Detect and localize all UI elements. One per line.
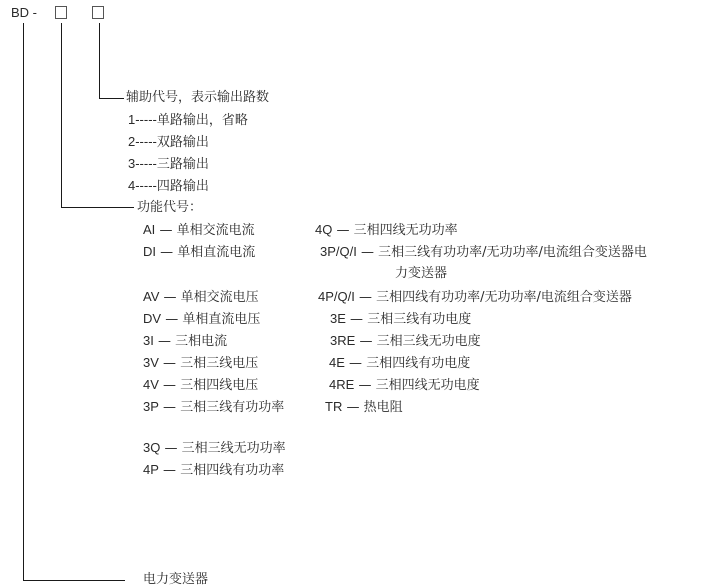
separator: — (165, 312, 178, 327)
desc: 三相四线无功电度 (376, 378, 480, 393)
aux-desc: 双路输出 (157, 135, 209, 150)
function-code-item: AI — 单相交流电流 (143, 222, 255, 239)
code: 3Q (143, 440, 160, 455)
desc: 三相三线无功功率 (182, 441, 286, 456)
function-code-item: AV — 单相交流电压 (143, 289, 259, 306)
separator: — (358, 378, 371, 393)
desc: 单相交流电流 (177, 223, 255, 238)
aux-code: 3----- (128, 156, 157, 171)
function-code-item: 3RE — 三相三线无功电度 (330, 333, 481, 350)
function-code-item: 3V — 三相三线电压 (143, 355, 258, 372)
desc: 三相四线有功功率 (180, 463, 284, 478)
function-code-title: 功能代号： (137, 200, 202, 216)
separator: — (346, 400, 359, 415)
function-code-item: TR — 热电阻 (325, 399, 403, 416)
code: TR (325, 399, 342, 414)
separator: — (160, 245, 173, 260)
function-code-item: 4Q — 三相四线无功功率 (315, 222, 458, 239)
code: AI (143, 222, 155, 237)
function-code-item: 4RE — 三相四线无功电度 (329, 377, 480, 394)
base-label: 电力变送器 (143, 572, 208, 587)
separator: — (159, 223, 172, 238)
function-code-item: DV — 单相直流电压 (143, 311, 260, 328)
code: 3RE (330, 333, 355, 348)
function-code-item: 4E — 三相四线有功电度 (329, 355, 470, 372)
function-code-item: 3Q — 三相三线无功功率 (143, 440, 286, 457)
function-code-item: 4P/Q/I — 三相四线有功功率/无功功率/电流组合变送器 (318, 289, 632, 306)
code: 3E (330, 311, 346, 326)
base-connector-vertical (23, 23, 24, 581)
separator: — (359, 290, 372, 305)
aux-code-item: 2-----双路输出 (128, 134, 209, 151)
aux-code: 2----- (128, 134, 157, 149)
aux-code-item: 1-----单路输出，省略 (128, 112, 248, 129)
function-code-item: 3I — 三相电流 (143, 333, 227, 350)
function-connector-vertical (61, 23, 62, 208)
aux-code-slot (92, 6, 104, 19)
desc: 三相四线有功电度 (366, 356, 470, 371)
code: 4V (143, 377, 159, 392)
separator: — (359, 334, 372, 349)
aux-code-item: 3-----三路输出 (128, 156, 209, 173)
separator: — (163, 463, 176, 478)
aux-code-title: 辅助代号，表示输出路数 (126, 90, 269, 106)
function-code-item-continuation: 力变送器 (395, 266, 447, 282)
code: 4Q (315, 222, 332, 237)
desc: 三相电流 (175, 334, 227, 349)
aux-desc: 四路输出 (157, 179, 209, 194)
code: 3V (143, 355, 159, 370)
desc: 三相四线无功功率 (354, 223, 458, 238)
code: 4RE (329, 377, 354, 392)
function-connector-horizontal (61, 207, 134, 208)
function-code-item: 3P — 三相三线有功功率 (143, 399, 284, 416)
code: 4P (143, 462, 159, 477)
aux-connector-vertical (99, 23, 100, 99)
desc: 三相三线有功功率/无功功率/电流组合变送器电 (378, 245, 647, 260)
desc: 单相直流电流 (177, 245, 255, 260)
desc: 三相三线有功电度 (367, 312, 471, 327)
code: 3I (143, 333, 154, 348)
separator: — (336, 223, 349, 238)
separator: — (164, 441, 177, 456)
code: DI (143, 244, 156, 259)
desc: 三相四线有功功率/无功功率/电流组合变送器 (376, 290, 632, 305)
aux-connector-horizontal (99, 98, 124, 99)
desc: 三相三线电压 (180, 356, 258, 371)
desc: 三相三线无功电度 (377, 334, 481, 349)
desc: 单相交流电压 (181, 290, 259, 305)
separator: — (361, 245, 374, 260)
code: 3P (143, 399, 159, 414)
code: AV (143, 289, 159, 304)
function-code-item: 4P — 三相四线有功功率 (143, 462, 284, 479)
desc: 三相三线有功功率 (180, 400, 284, 415)
function-code-slot (55, 6, 67, 19)
function-code-item: 3P/Q/I — 三相三线有功功率/无功功率/电流组合变送器电 (320, 244, 647, 261)
code: 3P/Q/I (320, 244, 357, 259)
aux-desc: 三路输出 (157, 157, 209, 172)
separator: — (163, 378, 176, 393)
function-code-item: 3E — 三相三线有功电度 (330, 311, 471, 328)
aux-desc: 单路输出，省略 (157, 113, 248, 128)
aux-code-item: 4-----四路输出 (128, 178, 209, 195)
separator: — (350, 312, 363, 327)
desc: 单相直流电压 (182, 312, 260, 327)
separator: — (158, 334, 171, 349)
code: DV (143, 311, 161, 326)
function-code-item: DI — 单相直流电流 (143, 244, 255, 261)
aux-code: 4----- (128, 178, 157, 193)
code: 4E (329, 355, 345, 370)
aux-code: 1----- (128, 112, 157, 127)
code: 4P/Q/I (318, 289, 355, 304)
separator: — (349, 356, 362, 371)
base-connector-horizontal (23, 580, 125, 581)
desc: 热电阻 (364, 400, 403, 415)
separator: — (163, 400, 176, 415)
separator: — (163, 356, 176, 371)
separator: — (164, 290, 177, 305)
model-prefix: BD - (11, 5, 37, 21)
function-code-item: 4V — 三相四线电压 (143, 377, 258, 394)
desc: 三相四线电压 (180, 378, 258, 393)
